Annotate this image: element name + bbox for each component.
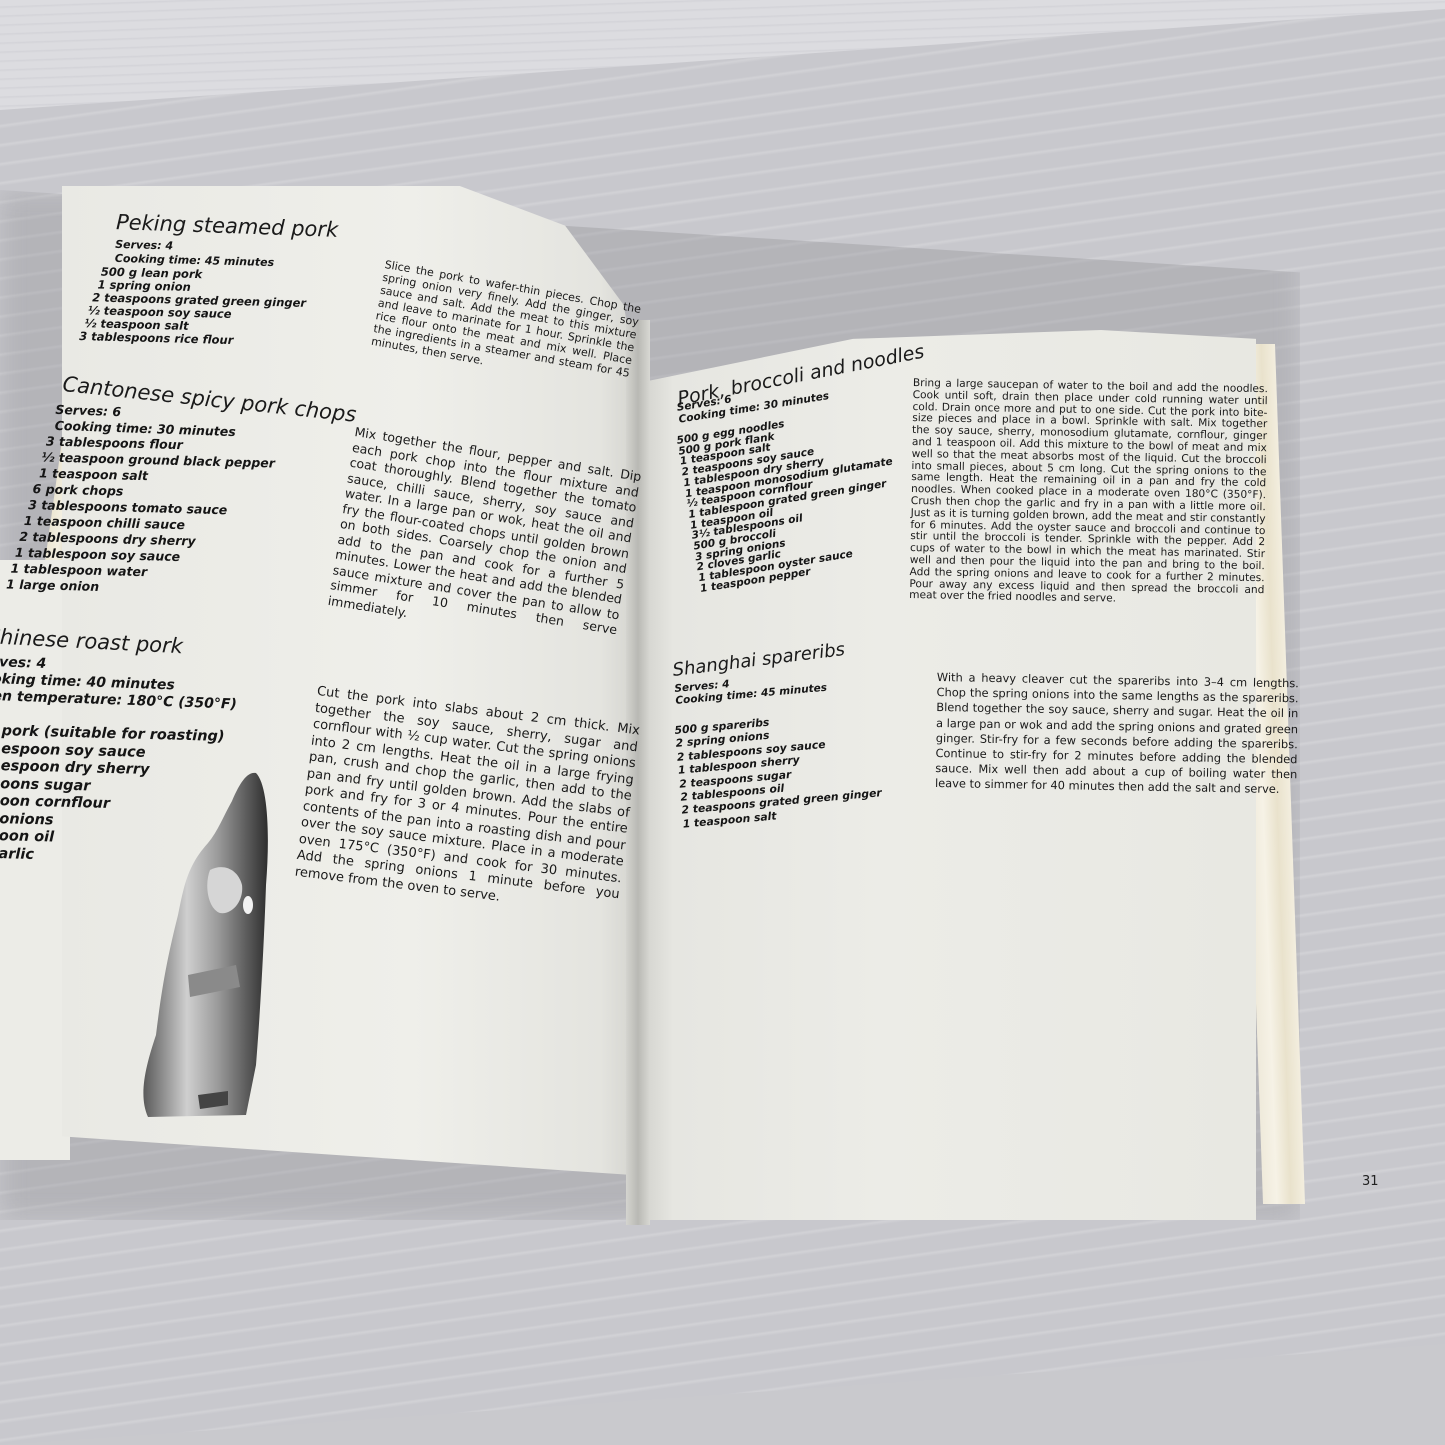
- method-text: Bring a large saucepan of water to the b…: [909, 378, 1268, 608]
- ingredient-list: 500 g egg noodles 500 g pork flank 1 tea…: [676, 403, 908, 594]
- ingredient-list: 500 g spareribs 2 spring onions 2 tables…: [674, 706, 883, 830]
- method-text: With a heavy cleaver cut the spareribs i…: [935, 670, 1299, 798]
- recipe-meta: Serves: 4 Cooking time: 40 minutes Oven …: [0, 653, 238, 713]
- figurine-illustration: [128, 765, 278, 1120]
- page-number: 31: [1362, 1174, 1379, 1189]
- ingredient-list: 3 tablespoons flour ½ teaspoon ground bl…: [4, 433, 276, 600]
- ingredient-list: 500 g lean pork 1 spring onion 2 teaspoo…: [79, 265, 307, 349]
- method-text: Cut the pork into slabs about 2 cm thick…: [294, 684, 641, 920]
